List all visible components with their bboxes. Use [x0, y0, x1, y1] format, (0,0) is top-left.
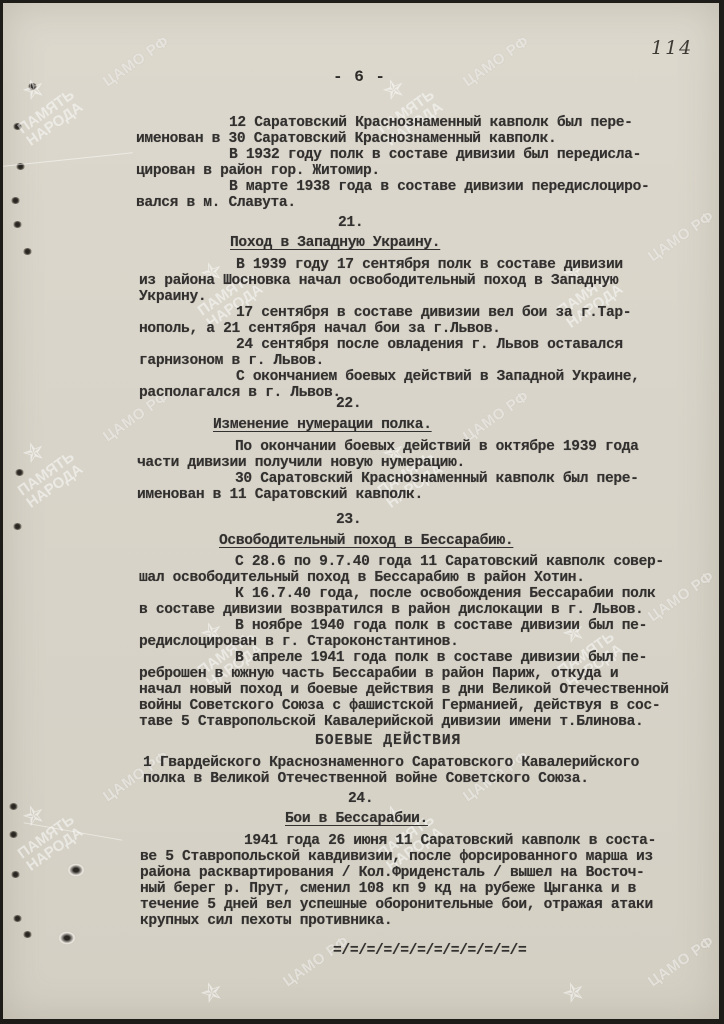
- watermark-archive: ЦАМО РФ: [645, 208, 717, 266]
- text-line: В 1932 году полк в составе дивизии был п…: [229, 147, 641, 163]
- document-page: ЦАМО РФ ЦАМО РФ ЦАМО РФ ЦАМО РФ ЦАМО РФ …: [3, 3, 719, 1019]
- paper-crease: [3, 152, 132, 167]
- text-line: 30 Саратовский Краснознаменный кавполк б…: [235, 471, 639, 487]
- section-number: 21.: [338, 215, 363, 231]
- text-line: из района Шосновка начал освободительный…: [139, 273, 618, 289]
- text-line: войны Советского Союза с фашистской Герм…: [139, 698, 660, 714]
- text-line: располагался в г. Львов.: [139, 385, 341, 401]
- text-line: редислоцирован в г. Староконстантинов.: [139, 634, 459, 650]
- watermark-archive: ЦАМО РФ: [645, 933, 717, 991]
- punch-hole: [11, 871, 20, 878]
- text-line: По окончании боевых действий в октябре 1…: [235, 439, 639, 455]
- section-title: Изменение нумерации полка.: [213, 417, 432, 433]
- watermark-archive: ЦАМО РФ: [645, 568, 717, 626]
- text-line: цирован в район гор. Житомир.: [136, 163, 380, 179]
- text-line: района расквартирования / Кол.Фриденстал…: [140, 865, 644, 881]
- text-line: С 28.6 по 9.7.40 года 11 Саратовский кав…: [235, 554, 664, 570]
- text-line: 1941 года 26 июня 11 Саратовский кавполк…: [244, 833, 656, 849]
- section-number: 22.: [336, 396, 361, 412]
- text-line: крупных сил пехоты противника.: [140, 913, 392, 929]
- text-line: в составе дивизии возвратился в район ди…: [139, 602, 643, 618]
- watermark-archive: ЦАМО РФ: [280, 933, 352, 991]
- text-line: Украину.: [139, 289, 206, 305]
- text-line: течение 5 дней вел успешные оборонительн…: [140, 897, 653, 913]
- section-number: 24.: [348, 791, 373, 807]
- page-number: - 6 -: [333, 68, 386, 86]
- watermark-star-icon: ✯: [559, 975, 590, 1011]
- punch-hole: [13, 523, 22, 530]
- watermark-archive: ЦАМО РФ: [460, 33, 532, 91]
- end-mark: =/=/=/=/=/=/=/=/=/=/=/=: [333, 943, 526, 959]
- text-line: таве 5 Ставропольской Кавалерийской диви…: [139, 714, 643, 730]
- punch-hole: [67, 863, 85, 877]
- text-line: части дивизии получили новую нумерацию.: [137, 455, 465, 471]
- text-line: нополь, а 21 сентября начал бои за г.Льв…: [139, 321, 501, 337]
- punch-hole: [11, 197, 20, 204]
- section-title: Бои в Бессарабии.: [285, 811, 428, 827]
- punch-hole: [9, 803, 18, 810]
- combat-heading: БОЕВЫЕ ДЕЙСТВИЯ: [315, 733, 461, 749]
- text-line: гарнизоном в г. Львов.: [139, 353, 324, 369]
- text-line: начал новый поход и боевые действия в дн…: [139, 682, 669, 698]
- text-line: именован в 11 Саратовский кавполк.: [137, 487, 423, 503]
- text-line: ный берег р. Прут, сменил 108 кп 9 кд на…: [140, 881, 636, 897]
- text-line: 12 Саратовский Краснознаменный кавполк б…: [229, 115, 633, 131]
- punch-hole: [9, 831, 18, 838]
- archive-folio-number: 114: [651, 37, 693, 59]
- section-title: Освободительный поход в Бессарабию.: [219, 533, 513, 549]
- punch-hole: [13, 221, 22, 228]
- punch-hole: [23, 248, 32, 255]
- punch-hole: [15, 469, 24, 476]
- watermark-star-icon: ✯: [197, 975, 228, 1011]
- text-line: В 1939 году 17 сентября полк в составе д…: [236, 257, 623, 273]
- text-line: вался в м. Славута.: [136, 195, 296, 211]
- punch-hole: [13, 915, 22, 922]
- text-line: шал освободительный поход в Бессарабию в…: [139, 570, 585, 586]
- text-line: В марте 1938 года в составе дивизии пере…: [229, 179, 649, 195]
- text-line: именован в 30 Саратовский Краснознаменны…: [136, 131, 556, 147]
- section-title: Поход в Западную Украину.: [230, 235, 440, 251]
- text-line: С окончанием боевых действий в Западной …: [236, 369, 640, 385]
- text-line: К 16.7.40 года, после освобождения Бесса…: [235, 586, 655, 602]
- text-line: В ноябре 1940 года полк в составе дивизи…: [235, 618, 647, 634]
- watermark-archive: ЦАМО РФ: [100, 33, 172, 91]
- punch-hole: [58, 931, 76, 945]
- text-line: реброшен в южную часть Бессарабии в райо…: [139, 666, 618, 682]
- punch-hole: [23, 931, 32, 938]
- text-line: ве 5 Ставропольской кавдивизии, после фо…: [140, 849, 653, 865]
- combat-subheading: 1 Гвардейского Краснознаменного Саратовс…: [143, 755, 639, 771]
- text-line: В апреле 1941 года полк в составе дивизи…: [235, 650, 647, 666]
- section-number: 23.: [336, 512, 361, 528]
- combat-subheading: полка в Великой Отечественной войне Сове…: [143, 771, 589, 787]
- text-line: 17 сентября в составе дивизии вел бои за…: [236, 305, 631, 321]
- text-line: 24 сентября после овладения г. Львов ост…: [236, 337, 623, 353]
- watermark-archive: ЦАМО РФ: [460, 388, 532, 446]
